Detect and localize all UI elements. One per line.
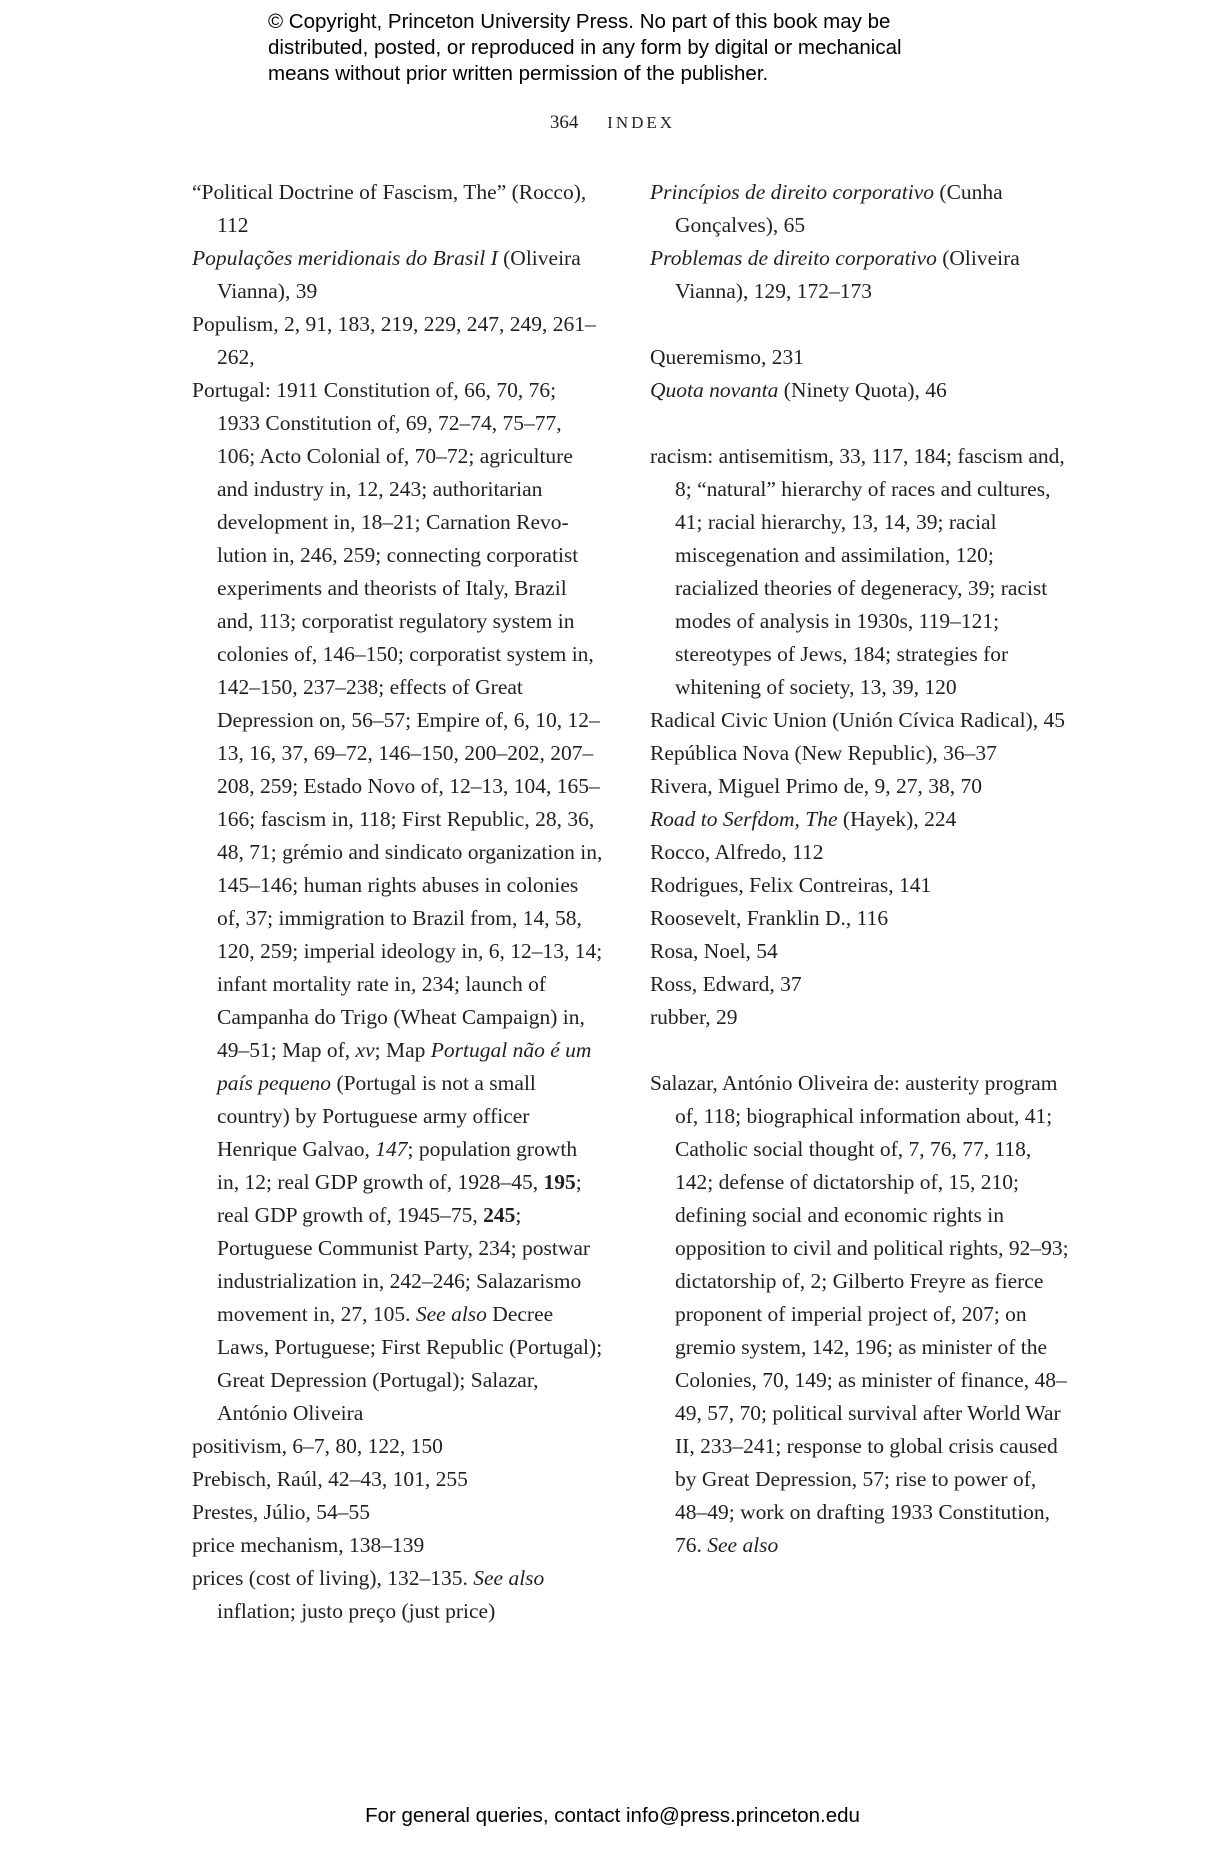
entry-text: inflation; justo preço (just price) xyxy=(217,1599,495,1623)
index-entry: Problemas de direito corporativo (Olivei… xyxy=(650,242,1070,308)
entry-text: Rosa, Noel, 54 xyxy=(650,939,778,963)
italic-text: xv xyxy=(356,1038,375,1062)
index-entry: República Nova (New Republic), 36–37 xyxy=(650,737,1070,770)
index-entry: Salazar, António Oliveira de: austerity … xyxy=(650,1067,1070,1562)
index-entry: Rocco, Alfredo, 112 xyxy=(650,836,1070,869)
bold-page-ref: 195 xyxy=(543,1170,575,1194)
index-entry: prices (cost of living), 132–135. See al… xyxy=(192,1562,604,1628)
index-entry: Rodrigues, Felix Contreiras, 141 xyxy=(650,869,1070,902)
copyright-line: means without prior written permission o… xyxy=(268,61,988,87)
entry-text: Ross, Edward, 37 xyxy=(650,972,802,996)
entry-text: Rivera, Miguel Primo de, 9, 27, 38, 70 xyxy=(650,774,982,798)
entry-text: positivism, 6–7, 80, 122, 150 xyxy=(192,1434,443,1458)
entry-text: Rocco, Alfredo, 112 xyxy=(650,840,824,864)
index-entry: rubber, 29 xyxy=(650,1001,1070,1034)
index-entry: Princípios de direito corporativo (Cunha… xyxy=(650,176,1070,242)
section-title: INDEX xyxy=(607,113,675,132)
entry-text: rubber, 29 xyxy=(650,1005,738,1029)
index-column-right: Princípios de direito corporativo (Cunha… xyxy=(650,176,1070,1562)
index-entry: Populism, 2, 91, 183, 219, 229, 247, 249… xyxy=(192,308,604,374)
italic-text: Road to Serfdom, The xyxy=(650,807,838,831)
index-entry: Quota novanta (Ninety Quota), 46 xyxy=(650,374,1070,407)
index-column-left: “Political Doctrine of Fascism, The” (Ro… xyxy=(192,176,604,1628)
index-entry: racism: antisemitism, 33, 117, 184; fasc… xyxy=(650,440,1070,704)
index-entry: “Political Doctrine of Fascism, The” (Ro… xyxy=(192,176,604,242)
index-entry: Ross, Edward, 37 xyxy=(650,968,1070,1001)
running-head: 364 INDEX xyxy=(0,112,1225,134)
italic-text: See also xyxy=(473,1566,544,1590)
entry-text: (Ninety Quota), 46 xyxy=(778,378,946,402)
entry-text: prices (cost of living), 132–135. xyxy=(192,1566,473,1590)
index-entry: Road to Serfdom, The (Hayek), 224 xyxy=(650,803,1070,836)
entry-text: price mechanism, 138–139 xyxy=(192,1533,424,1557)
entry-text: (Hayek), 224 xyxy=(838,807,957,831)
italic-text: Quota novanta xyxy=(650,378,778,402)
entry-text: Salazar, António Oliveira de: austerity … xyxy=(650,1071,1069,1557)
entry-text: Rodrigues, Felix Contreiras, 141 xyxy=(650,873,931,897)
index-entry: Queremismo, 231 xyxy=(650,341,1070,374)
copyright-line: distributed, posted, or reproduced in an… xyxy=(268,35,988,61)
copyright-line: © Copyright, Princeton University Press.… xyxy=(268,9,988,35)
entry-text: racism: antisemitism, 33, 117, 184; fasc… xyxy=(650,444,1065,699)
entry-text: Prebisch, Raúl, 42–43, 101, 255 xyxy=(192,1467,468,1491)
index-entry: Prebisch, Raúl, 42–43, 101, 255 xyxy=(192,1463,604,1496)
entry-text: Populism, 2, 91, 183, 219, 229, 247, 249… xyxy=(192,312,596,369)
italic-text: 147 xyxy=(375,1137,407,1161)
italic-text: Princípios de direito corporativo xyxy=(650,180,934,204)
index-entry: Roosevelt, Franklin D., 116 xyxy=(650,902,1070,935)
italic-text: Problemas de direito corporativo xyxy=(650,246,937,270)
entry-text: Roosevelt, Franklin D., 116 xyxy=(650,906,888,930)
index-entry: Rosa, Noel, 54 xyxy=(650,935,1070,968)
entry-text: Queremismo, 231 xyxy=(650,345,804,369)
italic-text: Populações meridionais do Brasil I xyxy=(192,246,498,270)
italic-text: See also xyxy=(707,1533,778,1557)
index-entry: Radical Civic Union (Unión Cívica Radica… xyxy=(650,704,1070,737)
index-entry: price mechanism, 138–139 xyxy=(192,1529,604,1562)
entry-text: Prestes, Júlio, 54–55 xyxy=(192,1500,370,1524)
entry-text: Portugal: 1911 Constitution of, 66, 70, … xyxy=(192,378,602,1062)
bold-page-ref: 245 xyxy=(483,1203,515,1227)
italic-text: See also xyxy=(416,1302,487,1326)
index-entry: positivism, 6–7, 80, 122, 150 xyxy=(192,1430,604,1463)
entry-text: Radical Civic Union (Unión Cívica Radica… xyxy=(650,708,1065,732)
copyright-notice: © Copyright, Princeton University Press.… xyxy=(268,9,988,87)
entry-text: ; Map xyxy=(375,1038,431,1062)
index-entry: Rivera, Miguel Primo de, 9, 27, 38, 70 xyxy=(650,770,1070,803)
contact-footer: For general queries, contact info@press.… xyxy=(0,1804,1225,1828)
entry-text: República Nova (New Republic), 36–37 xyxy=(650,741,997,765)
index-entry: Prestes, Júlio, 54–55 xyxy=(192,1496,604,1529)
index-entry: Populações meridionais do Brasil I (Oliv… xyxy=(192,242,604,308)
entry-text: “Political Doctrine of Fascism, The” (Ro… xyxy=(192,180,586,237)
index-entry: Portugal: 1911 Constitution of, 66, 70, … xyxy=(192,374,604,1430)
page-number: 364 xyxy=(550,112,579,133)
